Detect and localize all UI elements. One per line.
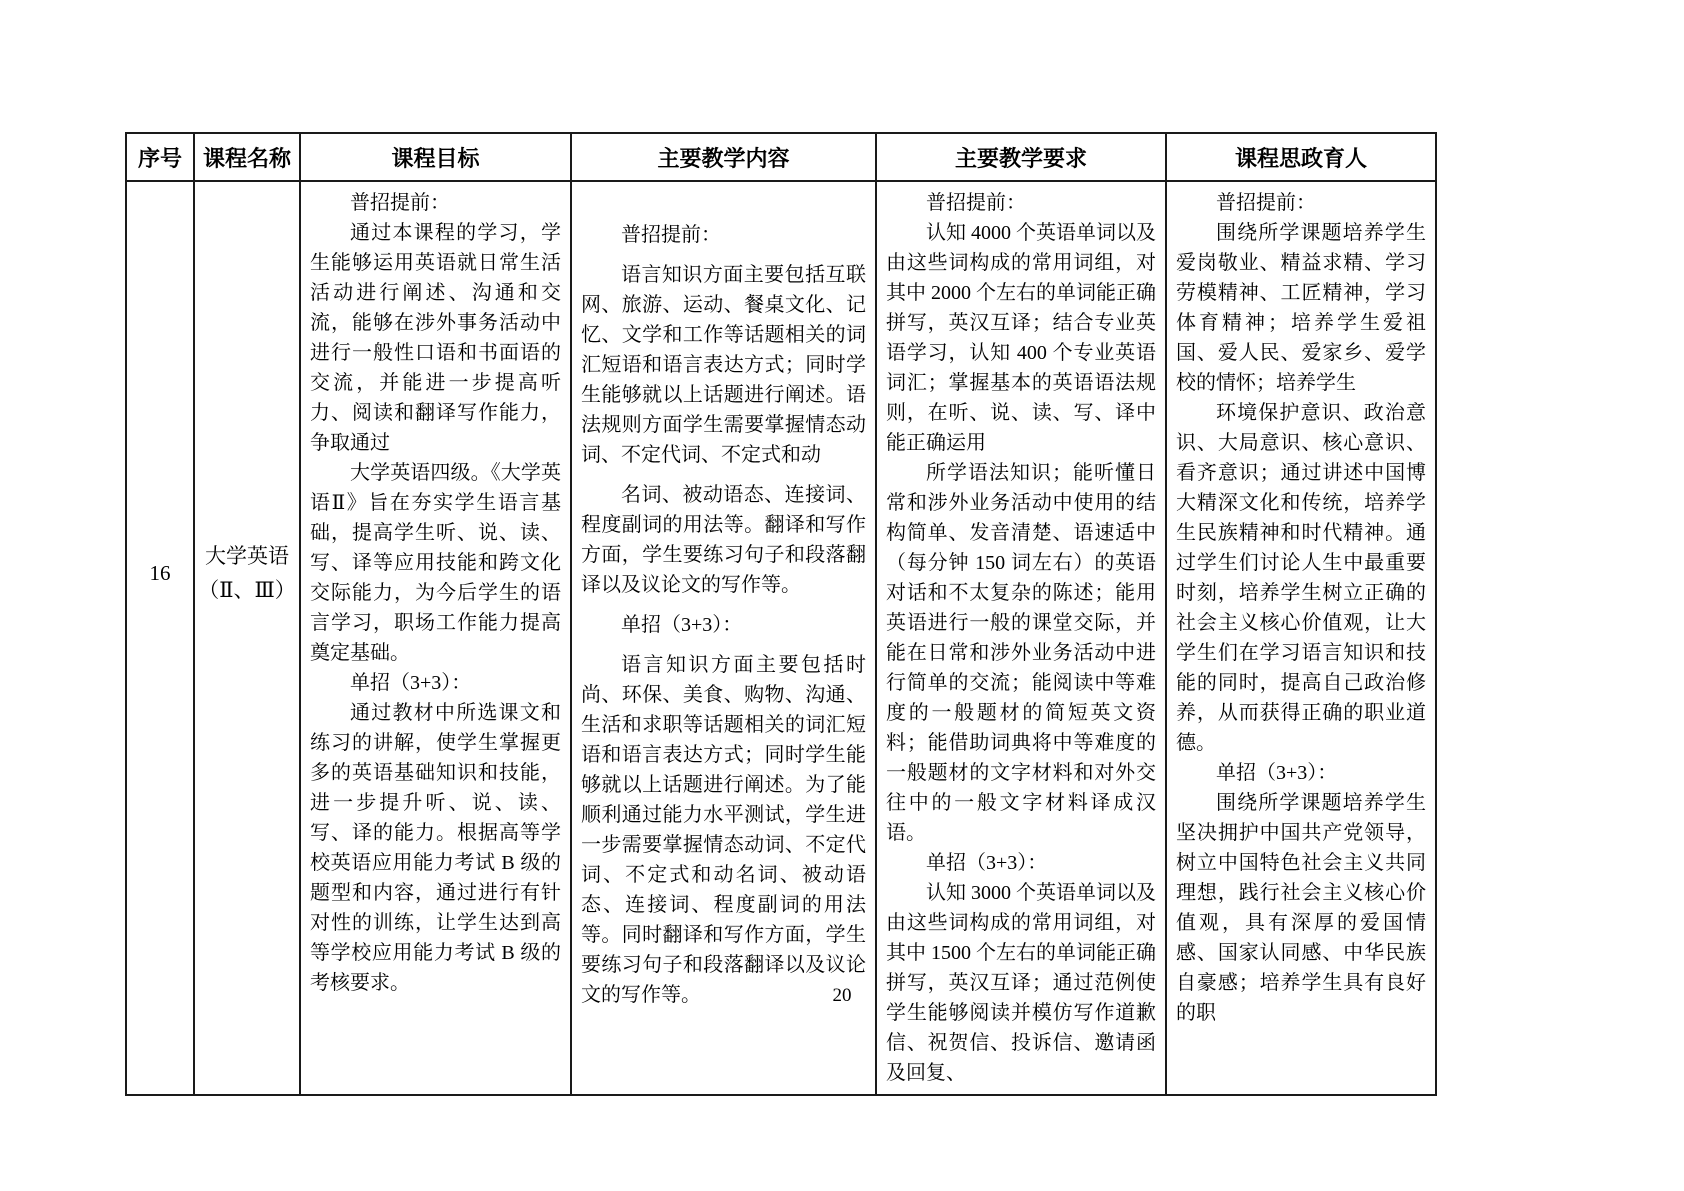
course-table: 序号 课程名称 课程目标 主要教学内容 主要教学要求 课程思政育人 16 大学英… xyxy=(125,132,1437,1096)
paragraph: 单招（3+3）： xyxy=(1176,758,1426,788)
teaching-content-cell: 普招提前：语言知识方面主要包括互联网、旅游、运动、餐桌文化、记忆、文学和工作等话… xyxy=(571,181,876,1095)
header-course-name: 课程名称 xyxy=(194,133,300,181)
header-teaching-content: 主要教学内容 xyxy=(571,133,876,181)
paragraph: 普招提前： xyxy=(1176,188,1426,218)
paragraph: 围绕所学课题培养学生爱岗敬业、精益求精、学习劳模精神、工匠精神，学习体育精神；培… xyxy=(1176,218,1426,398)
objectives-text: 普招提前：通过本课程的学习，学生能够运用英语就日常生活活动进行阐述、沟通和交流，… xyxy=(301,182,570,1004)
header-teaching-requirements: 主要教学要求 xyxy=(876,133,1166,181)
teaching-content-text: 普招提前：语言知识方面主要包括互联网、旅游、运动、餐桌文化、记忆、文学和工作等话… xyxy=(572,182,875,1026)
paragraph: 认知 3000 个英语单词以及由这些词构成的常用词组，对其中 1500 个左右的… xyxy=(886,878,1156,1088)
paragraph: 单招（3+3）： xyxy=(581,610,866,640)
ideology-text: 普招提前：围绕所学课题培养学生爱岗敬业、精益求精、学习劳模精神、工匠精神，学习体… xyxy=(1167,182,1435,1034)
row-index: 16 xyxy=(127,182,193,964)
teaching-requirements-cell: 普招提前：认知 4000 个英语单词以及由这些词构成的常用词组，对其中 2000… xyxy=(876,181,1166,1095)
paragraph: 通过本课程的学习，学生能够运用英语就日常生活活动进行阐述、沟通和交流，能够在涉外… xyxy=(310,218,561,458)
paragraph: 名词、被动语态、连接词、程度副词的用法等。翻译和写作方面，学生要练习句子和段落翻… xyxy=(581,480,866,600)
paragraph: 普招提前： xyxy=(581,220,866,250)
paragraph: 环境保护意识、政治意识、大局意识、核心意识、看齐意识；通过讲述中国博大精深文化和… xyxy=(1176,398,1426,758)
index-cell: 16 xyxy=(126,181,194,1095)
paragraph: （Ⅱ、Ⅲ） xyxy=(198,573,296,607)
header-objectives: 课程目标 xyxy=(300,133,571,181)
paragraph: 单招（3+3）： xyxy=(886,848,1156,878)
paragraph: 普招提前： xyxy=(310,188,561,218)
paragraph: 通过教材中所选课文和练习的讲解，使学生掌握更多的英语基础知识和技能，进一步提升听… xyxy=(310,698,561,998)
course-name: 大学英语（Ⅱ、Ⅲ） xyxy=(195,182,299,964)
document-page: 序号 课程名称 课程目标 主要教学内容 主要教学要求 课程思政育人 16 大学英… xyxy=(0,0,1684,1191)
paragraph: 语言知识方面主要包括时尚、环保、美食、购物、沟通、生活和求职等话题相关的词汇短语… xyxy=(581,650,866,1010)
paragraph: 大学英语 xyxy=(205,539,289,573)
paragraph: 单招（3+3）： xyxy=(310,668,561,698)
paragraph: 认知 4000 个英语单词以及由这些词构成的常用词组，对其中 2000 个左右的… xyxy=(886,218,1156,458)
teaching-requirements-text: 普招提前：认知 4000 个英语单词以及由这些词构成的常用词组，对其中 2000… xyxy=(877,182,1165,1094)
paragraph: 所学语法知识；能听懂日常和涉外业务活动中使用的结构简单、发音清楚、语速适中（每分… xyxy=(886,458,1156,848)
paragraph: 语言知识方面主要包括互联网、旅游、运动、餐桌文化、记忆、文学和工作等话题相关的词… xyxy=(581,260,866,470)
page-number: 20 xyxy=(0,985,1684,1007)
course-name-cell: 大学英语（Ⅱ、Ⅲ） xyxy=(194,181,300,1095)
table-row: 16 大学英语（Ⅱ、Ⅲ） 普招提前：通过本课程的学习，学生能够运用英语就日常生活… xyxy=(126,181,1436,1095)
table-header-row: 序号 课程名称 课程目标 主要教学内容 主要教学要求 课程思政育人 xyxy=(126,133,1436,181)
paragraph: 普招提前： xyxy=(886,188,1156,218)
ideology-cell: 普招提前：围绕所学课题培养学生爱岗敬业、精益求精、学习劳模精神、工匠精神，学习体… xyxy=(1166,181,1436,1095)
header-index: 序号 xyxy=(126,133,194,181)
objectives-cell: 普招提前：通过本课程的学习，学生能够运用英语就日常生活活动进行阐述、沟通和交流，… xyxy=(300,181,571,1095)
header-ideology: 课程思政育人 xyxy=(1166,133,1436,181)
paragraph: 大学英语四级。《大学英语Ⅱ》旨在夯实学生语言基础，提高学生听、说、读、写、译等应… xyxy=(310,458,561,668)
